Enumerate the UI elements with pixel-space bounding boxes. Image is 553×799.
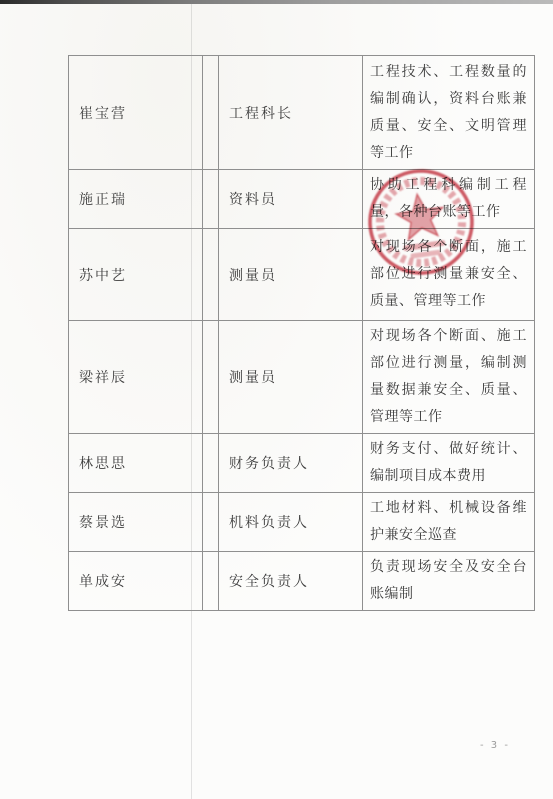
staff-role-cell: 测量员 — [219, 229, 363, 321]
staff-role-cell: 安全负责人 — [219, 552, 363, 611]
staff-duty-cell: 工程技术、工程数量的编制确认，资料台账兼质量、安全、文明管理等工作 — [363, 56, 535, 170]
staff-duty-cell: 财务支付、做好统计、编制项目成本费用 — [363, 434, 535, 493]
spacer-cell — [203, 552, 219, 611]
staff-duties-table-body: 崔宝营工程科长工程技术、工程数量的编制确认，资料台账兼质量、安全、文明管理等工作… — [69, 56, 535, 611]
page-number: - 3 - — [480, 740, 510, 751]
table-row: 施正瑞资料员协助工程科编制工程量，各种台账等工作 — [69, 170, 535, 229]
staff-role-cell: 机料负责人 — [219, 493, 363, 552]
staff-name-cell: 蔡景选 — [69, 493, 203, 552]
spacer-cell — [203, 493, 219, 552]
table-row: 崔宝营工程科长工程技术、工程数量的编制确认，资料台账兼质量、安全、文明管理等工作 — [69, 56, 535, 170]
spacer-cell — [203, 321, 219, 434]
staff-name-cell: 施正瑞 — [69, 170, 203, 229]
scanner-edge-shadow — [0, 0, 553, 4]
staff-name-cell: 单成安 — [69, 552, 203, 611]
staff-name-cell: 林思思 — [69, 434, 203, 493]
staff-duty-cell: 协助工程科编制工程量，各种台账等工作 — [363, 170, 535, 229]
staff-role-cell: 财务负责人 — [219, 434, 363, 493]
staff-name-cell: 崔宝营 — [69, 56, 203, 170]
staff-duty-cell: 对现场各个断面、施工部位进行测量，编制测量数据兼安全、质量、管理等工作 — [363, 321, 535, 434]
staff-role-cell: 工程科长 — [219, 56, 363, 170]
table-row: 梁祥辰测量员对现场各个断面、施工部位进行测量，编制测量数据兼安全、质量、管理等工… — [69, 321, 535, 434]
staff-name-cell: 苏中艺 — [69, 229, 203, 321]
staff-name-cell: 梁祥辰 — [69, 321, 203, 434]
staff-role-cell: 资料员 — [219, 170, 363, 229]
table-row: 苏中艺测量员对现场各个断面，施工部位进行测量兼安全、质量、管理等工作 — [69, 229, 535, 321]
staff-role-cell: 测量员 — [219, 321, 363, 434]
staff-duty-cell: 工地材料、机械设备维护兼安全巡查 — [363, 493, 535, 552]
table-row: 蔡景选机料负责人工地材料、机械设备维护兼安全巡查 — [69, 493, 535, 552]
spacer-cell — [203, 229, 219, 321]
spacer-cell — [203, 434, 219, 493]
spacer-cell — [203, 56, 219, 170]
scanned-document-page: 崔宝营工程科长工程技术、工程数量的编制确认，资料台账兼质量、安全、文明管理等工作… — [0, 0, 553, 799]
staff-duty-cell: 对现场各个断面，施工部位进行测量兼安全、质量、管理等工作 — [363, 229, 535, 321]
spacer-cell — [203, 170, 219, 229]
staff-duties-table: 崔宝营工程科长工程技术、工程数量的编制确认，资料台账兼质量、安全、文明管理等工作… — [68, 55, 535, 611]
table-row: 单成安安全负责人负责现场安全及安全台账编制 — [69, 552, 535, 611]
table-row: 林思思财务负责人财务支付、做好统计、编制项目成本费用 — [69, 434, 535, 493]
staff-duty-cell: 负责现场安全及安全台账编制 — [363, 552, 535, 611]
